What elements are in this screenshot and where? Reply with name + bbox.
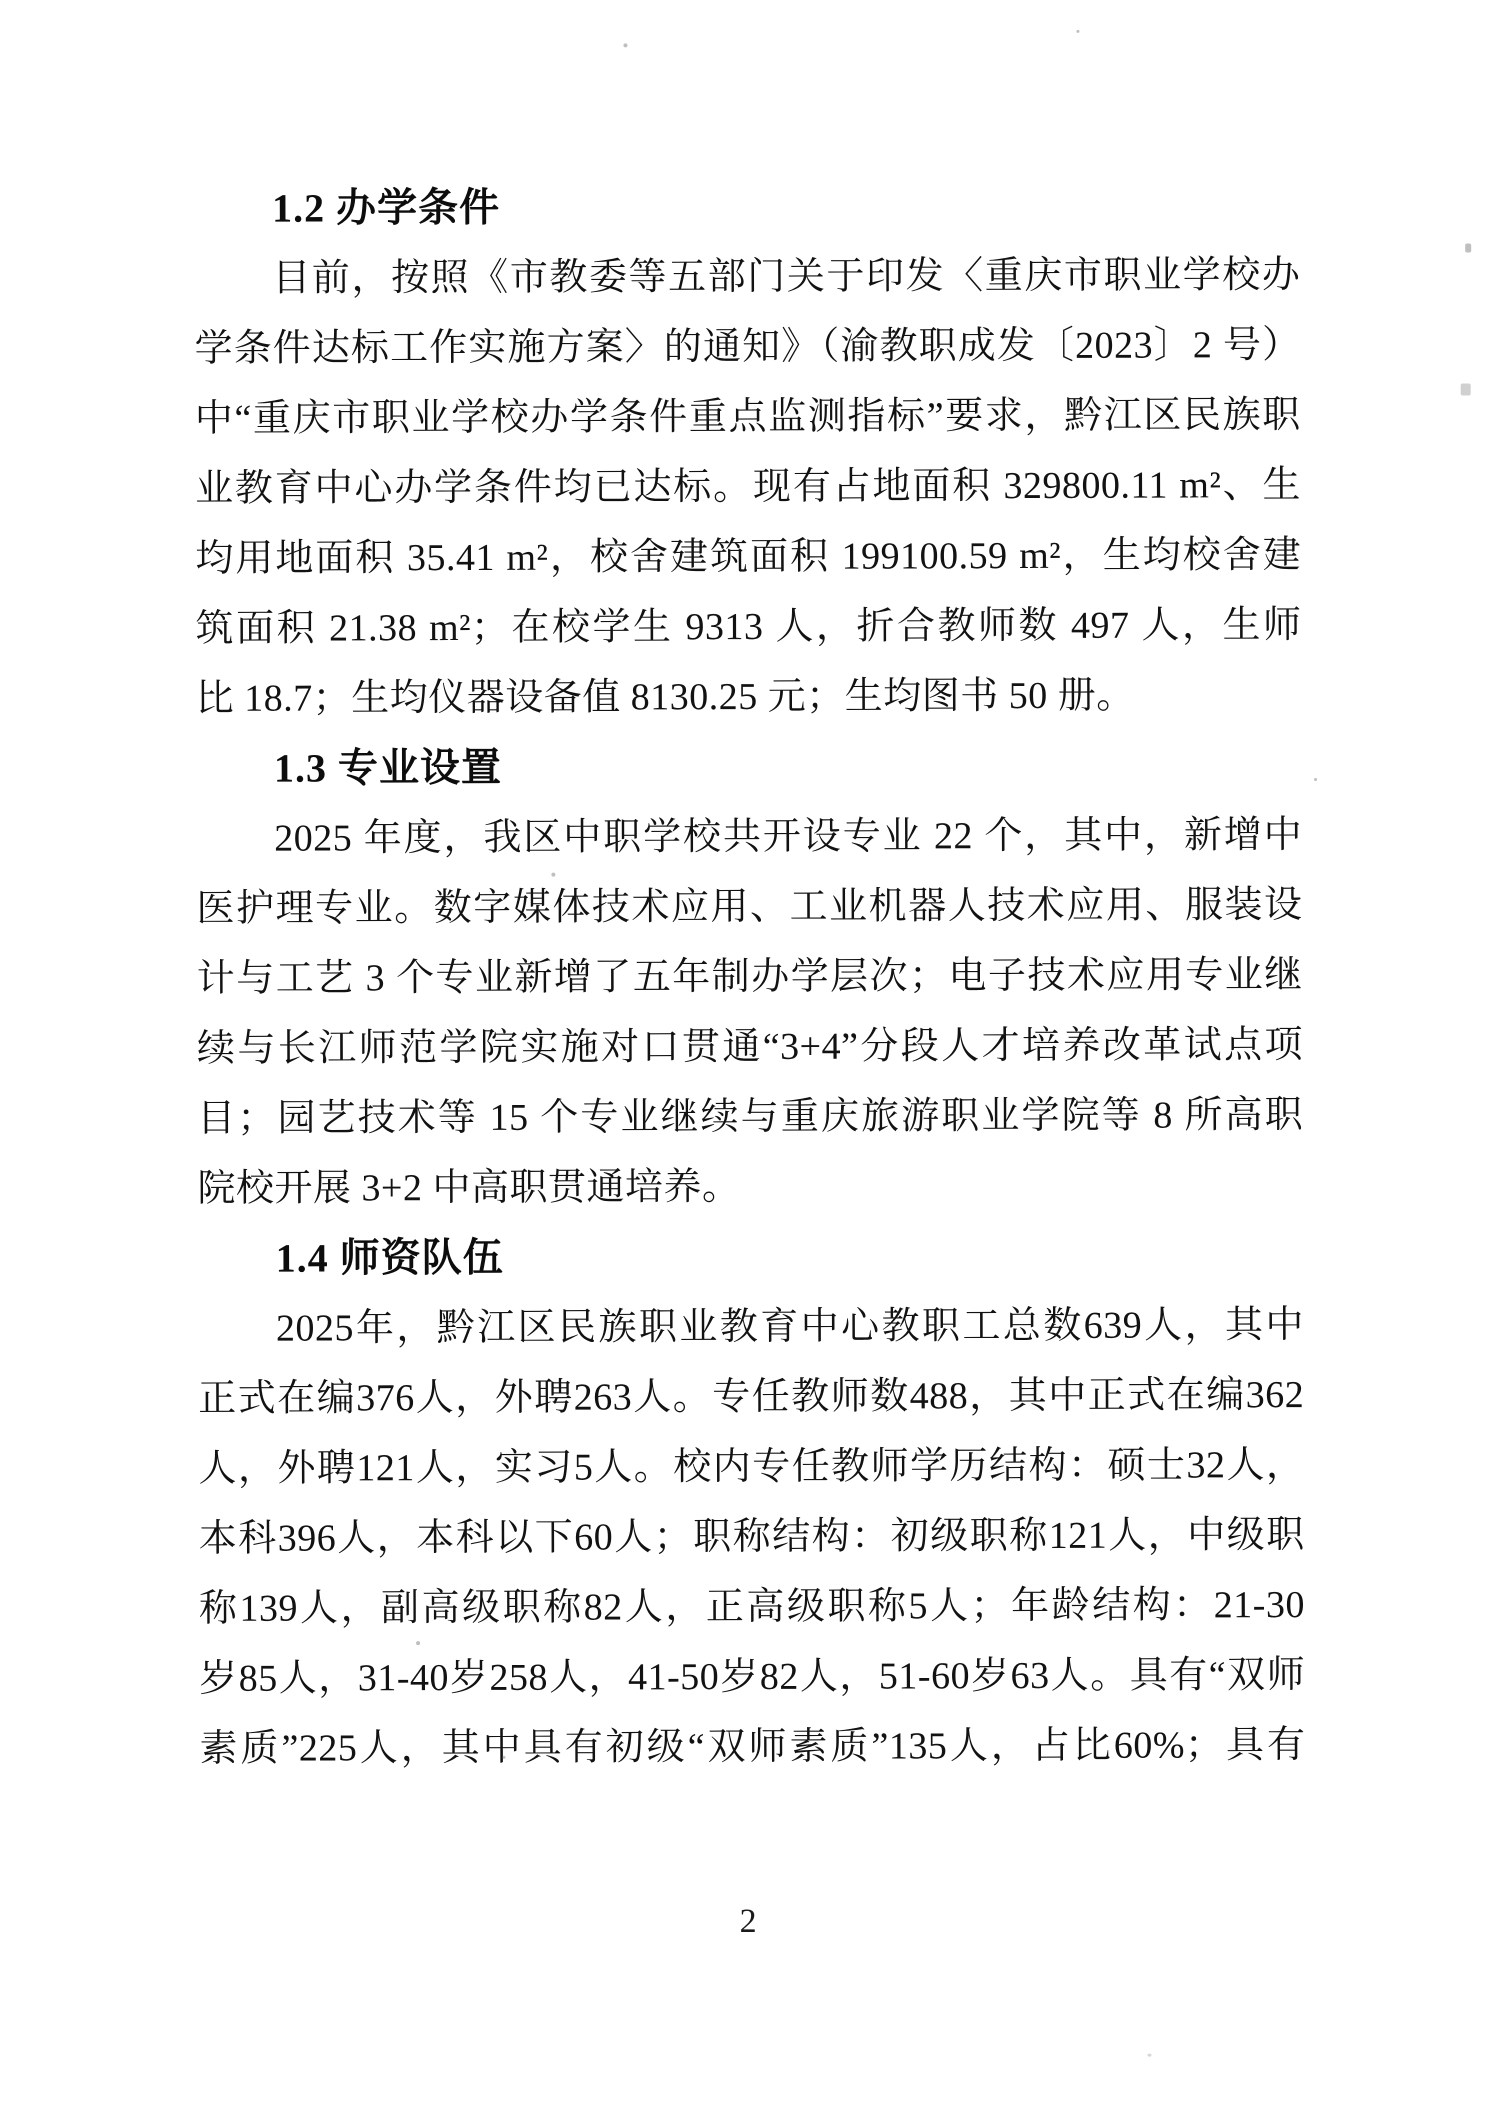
section-heading-1-3: 1.3 专业设置	[196, 730, 1302, 804]
scanned-page: 1.2 办学条件 目前，按照《市教委等五部门关于印发〈重庆市职业学校办 学条件达…	[0, 0, 1490, 2104]
text-line: 2025 年度，我区中职学校共开设专业 22 个，其中，新增中	[196, 800, 1302, 874]
text-line: 本科396人，本科以下60人；职称结构：初级职称121人，中级职	[199, 1500, 1305, 1574]
scan-speck	[623, 43, 627, 47]
text-line: 正式在编376人，外聘263人。专任教师数488，其中正式在编362	[198, 1360, 1304, 1434]
text-line: 医护理专业。数字媒体技术应用、工业机器人技术应用、服装设	[196, 870, 1302, 944]
text-line: 称139人，副高级职称82人，正高级职称5人；年龄结构：21-30	[199, 1570, 1305, 1644]
text-line: 比 18.7；生均仪器设备值 8130.25 元；生均图书 50 册。	[196, 660, 1302, 734]
scan-speck	[1461, 383, 1471, 395]
scan-speck	[1314, 778, 1317, 781]
text-line: 计与工艺 3 个专业新增了五年制办学层次；电子技术应用专业继	[197, 940, 1303, 1014]
page-number: 2	[3, 1900, 1490, 1943]
scan-speck	[551, 873, 555, 877]
text-line: 业教育中心办学条件均已达标。现有占地面积 329800.11 m²、生	[195, 450, 1301, 524]
text-line: 2025年，黔江区民族职业教育中心教职工总数639人，其中	[198, 1290, 1304, 1364]
text-line: 院校开展 3+2 中高职贯通培养。	[197, 1150, 1303, 1224]
text-line: 均用地面积 35.41 m²，校舍建筑面积 199100.59 m²，生均校舍建	[195, 520, 1301, 594]
section-heading-1-4: 1.4 师资队伍	[198, 1220, 1304, 1294]
text-line: 续与长江师范学院实施对口贯通“3+4”分段人才培养改革试点项	[197, 1010, 1303, 1084]
scan-speck	[502, 1756, 505, 1759]
section-heading-1-2: 1.2 办学条件	[194, 170, 1300, 244]
text-line: 学条件达标工作实施方案〉的通知》（渝教职成发〔2023〕2 号）	[194, 310, 1300, 384]
scan-speck	[1147, 2054, 1151, 2057]
scan-speck	[1076, 30, 1079, 33]
text-line: 岁85人，31-40岁258人，41-50岁82人，51-60岁63人。具有“双…	[199, 1640, 1305, 1714]
text-line: 人，外聘121人，实习5人。校内专任教师学历结构：硕士32人，	[198, 1430, 1304, 1504]
text-line: 筑面积 21.38 m²；在校学生 9313 人，折合教师数 497 人，生师	[195, 590, 1301, 664]
text-line: 目前，按照《市教委等五部门关于印发〈重庆市职业学校办	[194, 240, 1300, 314]
text-line: 素质”225人，其中具有初级“双师素质”135人，占比60%；具有	[199, 1710, 1305, 1784]
document-body: 1.2 办学条件 目前，按照《市教委等五部门关于印发〈重庆市职业学校办 学条件达…	[194, 170, 1306, 1784]
scan-speck	[416, 1641, 420, 1645]
text-line: 中“重庆市职业学校办学条件重点监测指标”要求，黔江区民族职	[195, 380, 1301, 454]
text-line: 目；园艺技术等 15 个专业继续与重庆旅游职业学院等 8 所高职	[197, 1080, 1303, 1154]
scan-speck	[1465, 243, 1471, 252]
